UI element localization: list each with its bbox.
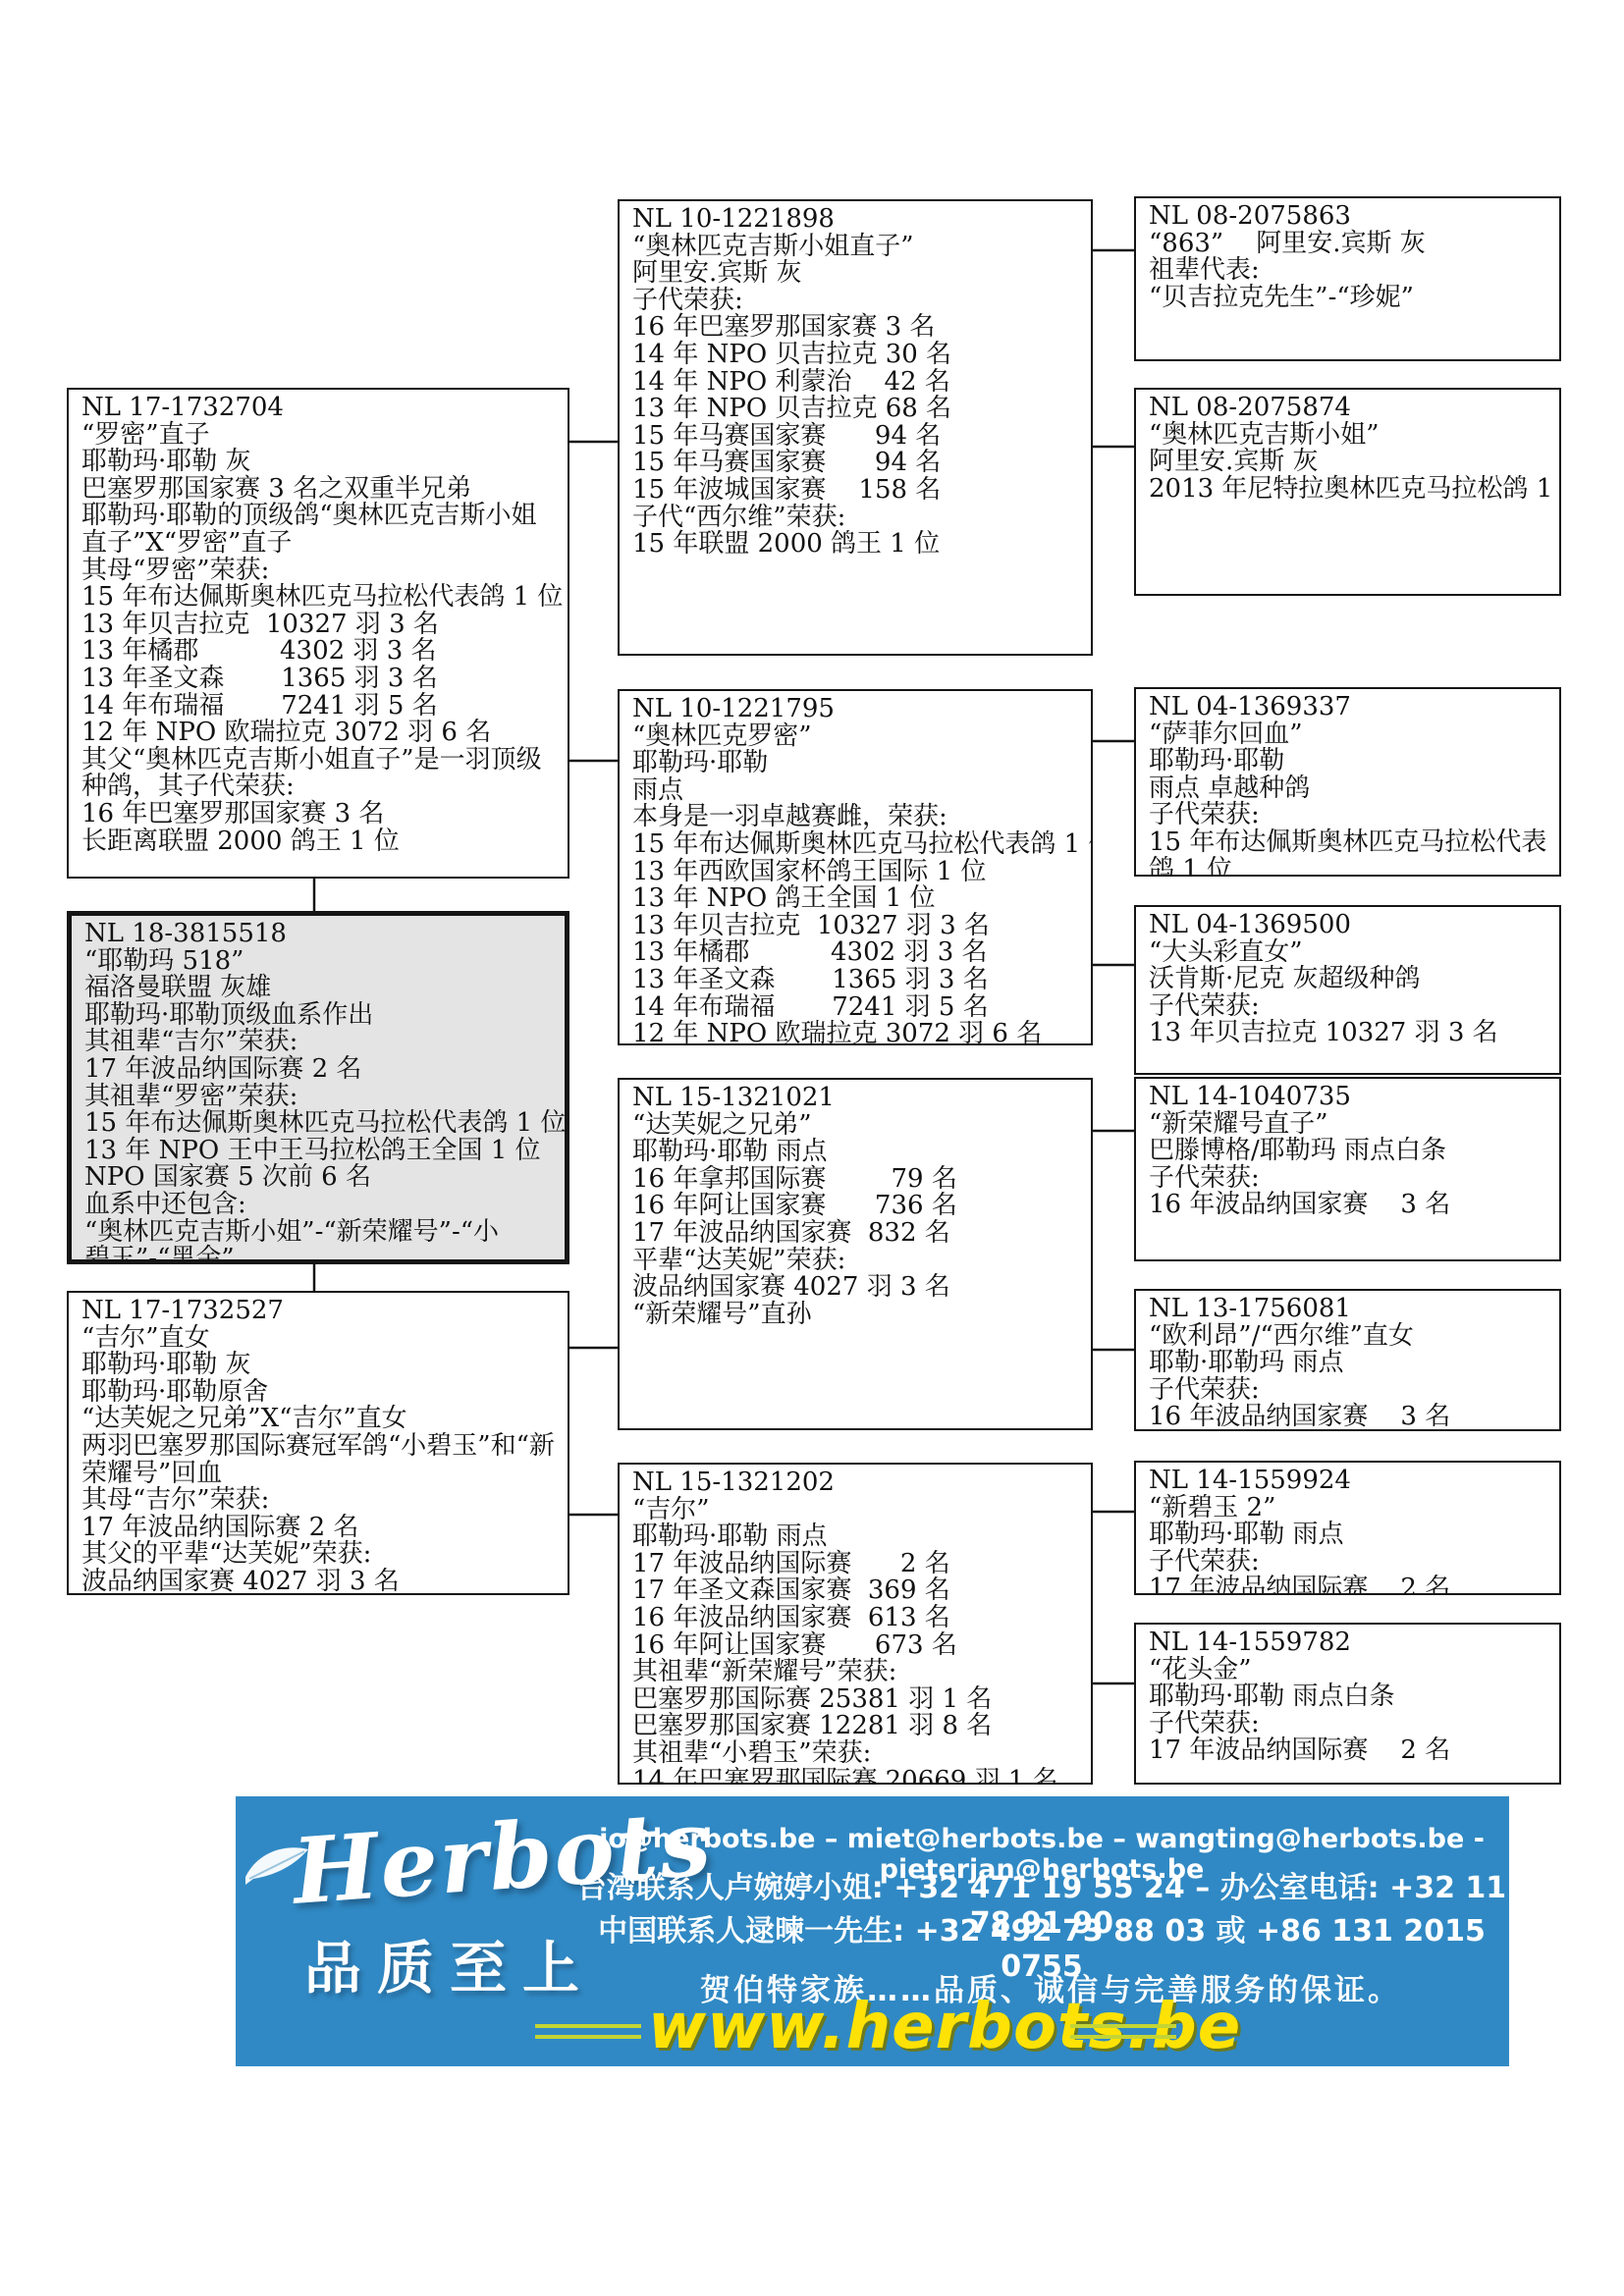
pedigree-text-line: 16 年波品纳国家赛 3 名 [1149,1192,1551,1219]
pedigree-text-line: 耶勒玛·耶勒 雨点白条 [1149,1683,1551,1711]
pedigree-text-line: 其母“罗密”荣获: [81,558,560,585]
pedigree-text-line: 16 年阿让国家赛 673 名 [632,1632,1083,1660]
pedigree-text-line: 12 年 NPO 欧瑞拉克 3072 羽 6 名 [632,1021,1083,1045]
pedigree-text-line: 鸽 1 位 [1149,857,1551,877]
pedigree-text-line: NL 15-1321021 [632,1085,1083,1112]
pedigree-text-line: 17 年波品纳国际赛 2 名 [84,1056,557,1084]
pedigree-text-line: 13 年圣文森 1365 羽 3 名 [632,967,1083,994]
banner-tagline: 品质至上 [283,1922,617,2004]
pedigree-text-line: 耶勒玛·耶勒原舍 [81,1379,560,1407]
pedigree-box-ggp-2: NL 08-2075874“奥林匹克吉斯小姐”阿里安.宾斯 灰2013 年尼特拉… [1134,388,1561,596]
pedigree-text-line: 子代荣获: [1149,1549,1551,1576]
pedigree-text-line: 长距离联盟 2000 鸽王 1 位 [81,828,560,856]
pedigree-text-line: 直子”X“罗密”直子 [81,530,560,558]
pedigree-box-ggp-6: NL 13-1756081“欧利昂”/“西尔维”直女耶勒·耶勒玛 雨点子代荣获:… [1134,1289,1561,1431]
pedigree-text-line: 子代荣获: [1149,1377,1551,1405]
pedigree-box-ggp-5: NL 14-1040735“新荣耀号直子”巴滕博格/耶勒玛 雨点白条子代荣获:1… [1134,1077,1561,1261]
pedigree-text-line: 子代荣获: [1149,993,1551,1021]
pedigree-text-line: NL 04-1369500 [1149,912,1551,939]
pedigree-text-line: 其父“奥林匹克吉斯小姐直子”是一羽顶级 [81,747,560,774]
pedigree-text-line: 16 年巴塞罗那国家赛 3 名 [632,314,1083,342]
pedigree-text-line: 13 年贝吉拉克 10327 羽 3 名 [632,913,1083,940]
pedigree-box-ggp-4: NL 04-1369500“大头彩直女”沃肯斯·尼克 灰超级种鸽子代荣获:13 … [1134,905,1561,1075]
pedigree-text-line: 耶勒玛·耶勒 灰 [81,449,560,476]
pedigree-text-line: 巴滕博格/耶勒玛 雨点白条 [1149,1138,1551,1165]
pedigree-text-line: 15 年联盟 2000 鸽王 1 位 [632,531,1083,559]
pedigree-text-line: NL 17-1732704 [81,395,560,422]
pedigree-text-line: 雨点 [632,777,1083,805]
pedigree-text-line: “新荣耀号”直孙 [632,1302,1083,1329]
pedigree-text-line: 耶勒玛·耶勒 [1149,748,1551,775]
pedigree-text-line: “吉尔” [632,1497,1083,1524]
pedigree-text-line: 17 年波品纳国际赛 2 名 [632,1551,1083,1578]
pedigree-text-line: NL 14-1559924 [1149,1468,1551,1495]
pedigree-text-line: 13 年橘郡 4302 羽 3 名 [632,939,1083,967]
pedigree-text-line: “新荣耀号直子” [1149,1111,1551,1139]
pedigree-page: NL 17-1732704“罗密”直子耶勒玛·耶勒 灰巴塞罗那国家赛 3 名之双… [0,0,1624,2296]
pedigree-text-line: “奥林匹克罗密” [632,723,1083,751]
pedigree-text-line: 种鸽，其子代荣获: [81,774,560,801]
pedigree-text-line: 12 年 NPO 欧瑞拉克 3072 羽 6 名 [81,720,560,747]
pedigree-text-line: 16 年阿让国家赛 736 名 [632,1193,1083,1220]
pedigree-text-line: 13 年 NPO 王中王马拉松鸽王全国 1 位 [84,1138,557,1165]
pedigree-text-line: NL 08-2075863 [1149,203,1551,231]
decor-double-line-left [535,2024,641,2039]
pedigree-text-line: 耶勒玛·耶勒 雨点 [632,1139,1083,1166]
pedigree-text-line: “奥林匹克吉斯小姐”-“新荣耀号”-“小 [84,1219,557,1247]
pedigree-text-line: 13 年西欧国家杯鸽王国际 1 位 [632,859,1083,886]
pedigree-text-line: 其祖辈“小碧玉”荣获: [632,1740,1083,1768]
pedigree-text-line: 耶勒·耶勒玛 雨点 [1149,1350,1551,1377]
pedigree-text-line: 祖辈代表: [1149,257,1551,285]
pedigree-text-line: 波品纳国家赛 4027 羽 3 名 [81,1569,560,1595]
pedigree-box-granddam-paternal: NL 10-1221795“奥林匹克罗密”耶勒玛·耶勒雨点本身是一羽卓越赛雌，荣… [618,689,1093,1045]
pedigree-text-line: 本身是一羽卓越赛雌，荣获: [632,804,1083,831]
pedigree-text-line: 17 年波品纳国际赛 2 名 [1149,1737,1551,1765]
pedigree-text-line: 15 年马赛国家赛 94 名 [632,423,1083,451]
pedigree-text-line: 14 年巴塞罗那国际赛 20669 羽 1 名 [632,1768,1083,1785]
pedigree-text-line: 14 年 NPO 利蒙治 42 名 [632,369,1083,397]
banner-website: www.herbots.be [648,1991,1070,2063]
herbots-banner: Herbots 品质至上 jo@herbots.be – miet@herbot… [236,1796,1509,2066]
pedigree-text-line: 血系中还包含: [84,1192,557,1219]
pedigree-box-ggp-3: NL 04-1369337“萨菲尔回血”耶勒玛·耶勒雨点 卓越种鸽子代荣获:15… [1134,687,1561,877]
pedigree-text-line: 两羽巴塞罗那国际赛冠军鸽“小碧玉”和“新 [81,1433,560,1461]
pedigree-text-line: 耶勒玛·耶勒顶级血系作出 [84,1002,557,1030]
pedigree-text-line: 13 年圣文森 1365 羽 3 名 [81,666,560,693]
pedigree-text-line: 15 年马赛国家赛 94 名 [632,450,1083,477]
pedigree-text-line: “耶勒玛 518” [84,948,557,976]
pedigree-text-line: 13 年贝吉拉克 10327 羽 3 名 [1149,1020,1551,1047]
pedigree-text-line: NL 10-1221795 [632,696,1083,723]
pedigree-text-line: NL 15-1321202 [632,1469,1083,1497]
pedigree-text-line: NL 17-1732527 [81,1298,560,1325]
pedigree-text-line: 耶勒玛·耶勒 灰 [81,1352,560,1379]
pedigree-text-line: 15 年布达佩斯奥林匹克马拉松代表鸽 1 位 [81,584,560,612]
pedigree-text-line: “奥林匹克吉斯小姐直子” [632,234,1083,261]
pedigree-text-line: 其父的平辈“达芙妮”荣获: [81,1541,560,1569]
pedigree-text-line: 其祖辈“罗密”荣获: [84,1084,557,1111]
pedigree-box-grandsire-maternal: NL 15-1321021“达芙妮之兄弟”耶勒玛·耶勒 雨点16 年拿邦国际赛 … [618,1078,1093,1430]
pedigree-text-line: NL 14-1559782 [1149,1629,1551,1657]
pedigree-text-line: 13 年橘郡 4302 羽 3 名 [81,638,560,666]
pedigree-text-line: 荣耀号”回血 [81,1461,560,1488]
pedigree-text-line: 耶勒玛·耶勒 雨点 [1149,1522,1551,1549]
pedigree-text-line: “贝吉拉克先生”-“珍妮” [1149,285,1551,312]
pedigree-box-grandsire-paternal: NL 10-1221898“奥林匹克吉斯小姐直子”阿里安.宾斯 灰子代荣获:16… [618,199,1093,656]
pedigree-box-granddam-maternal: NL 15-1321202“吉尔”耶勒玛·耶勒 雨点17 年波品纳国际赛 2 名… [618,1463,1093,1785]
pedigree-text-line: 福洛曼联盟 灰雄 [84,975,557,1002]
pedigree-text-line: 14 年布瑞福 7241 羽 5 名 [81,693,560,721]
pedigree-text-line: 13 年贝吉拉克 10327 羽 3 名 [81,612,560,639]
pedigree-box-ggp-7: NL 14-1559924“新碧玉 2”耶勒玛·耶勒 雨点子代荣获:17 年波品… [1134,1461,1561,1595]
pedigree-box-father: NL 17-1732704“罗密”直子耶勒玛·耶勒 灰巴塞罗那国家赛 3 名之双… [67,388,569,879]
pedigree-text-line: 2013 年尼特拉奥林匹克马拉松鸽 1 位 [1149,476,1551,504]
pedigree-text-line: 15 年波城国家赛 158 名 [632,477,1083,505]
pedigree-text-line: 耶勒玛·耶勒 [632,750,1083,777]
pedigree-text-line: “新碧玉 2” [1149,1495,1551,1522]
pedigree-text-line: NL 04-1369337 [1149,694,1551,721]
pedigree-text-line: NL 18-3815518 [84,921,557,948]
pedigree-text-line: “奥林匹克吉斯小姐” [1149,422,1551,450]
pedigree-text-line: 波品纳国家赛 4027 羽 3 名 [632,1274,1083,1302]
pedigree-text-line: “萨菲尔回血” [1149,721,1551,749]
pedigree-text-line: 碧玉”-“黑金” [84,1246,557,1264]
pedigree-text-line: 16 年波品纳国家赛 3 名 [1149,1404,1551,1431]
pedigree-text-line: 17 年圣文森国家赛 369 名 [632,1577,1083,1605]
pedigree-text-line: NL 13-1756081 [1149,1296,1551,1323]
pedigree-text-line: “欧利昂”/“西尔维”直女 [1149,1323,1551,1351]
pedigree-text-line: 阿里安.宾斯 灰 [632,260,1083,288]
pedigree-text-line: “花头金” [1149,1657,1551,1684]
pedigree-text-line: 13 年 NPO 鸽王全国 1 位 [632,885,1083,913]
pedigree-text-line: 耶勒玛·耶勒 雨点 [632,1523,1083,1551]
pedigree-text-line: 巴塞罗那国际赛 25381 羽 1 名 [632,1686,1083,1714]
pedigree-text-line: 耶勒玛·耶勒的顶级鸽“奥林匹克吉斯小姐 [81,503,560,530]
pedigree-text-line: 15 年布达佩斯奥林匹克马拉松代表鸽 1 位 [632,831,1083,859]
pedigree-text-line: 子代荣获: [1149,1165,1551,1193]
pedigree-text-line: “大头彩直女” [1149,939,1551,967]
pedigree-text-line: 17 年波品纳国际赛 2 名 [1149,1575,1551,1595]
pedigree-text-line: 17 年波品纳国际赛 2 名 [81,1515,560,1542]
pedigree-text-line: 17 年波品纳国家赛 832 名 [632,1220,1083,1248]
pedigree-box-ggp-1: NL 08-2075863“863” 阿里安.宾斯 灰祖辈代表:“贝吉拉克先生”… [1134,196,1561,361]
pedigree-text-line: 子代荣获: [632,288,1083,315]
pedigree-text-line: 平辈“达芙妮”荣获: [632,1248,1083,1275]
pedigree-text-line: 14 年 NPO 贝吉拉克 30 名 [632,342,1083,369]
pedigree-text-line: 16 年巴塞罗那国家赛 3 名 [81,801,560,828]
pedigree-text-line: 沃肯斯·尼克 灰超级种鸽 [1149,966,1551,993]
pedigree-text-line: 子代荣获: [1149,1711,1551,1738]
pedigree-text-line: 巴塞罗那国家赛 3 名之双重半兄弟 [81,476,560,504]
pedigree-text-line: 15 年布达佩斯奥林匹克马拉松代表 [1149,829,1551,857]
pedigree-text-line: 13 年 NPO 贝吉拉克 68 名 [632,396,1083,423]
pedigree-text-line: 其祖辈“吉尔”荣获: [84,1029,557,1056]
pedigree-text-line: NL 14-1040735 [1149,1084,1551,1111]
pedigree-text-line: 子代“西尔维”荣获: [632,505,1083,532]
pedigree-box-subject: NL 18-3815518“耶勒玛 518”福洛曼联盟 灰雄耶勒玛·耶勒顶级血系… [67,911,569,1264]
pedigree-box-mother: NL 17-1732527“吉尔”直女耶勒玛·耶勒 灰耶勒玛·耶勒原舍“达芙妮之… [67,1291,569,1595]
pedigree-text-line: “吉尔”直女 [81,1325,560,1353]
pedigree-text-line: NL 08-2075874 [1149,395,1551,422]
pedigree-text-line: 其祖辈“新荣耀号”荣获: [632,1659,1083,1686]
pedigree-text-line: 16 年波品纳国家赛 613 名 [632,1605,1083,1632]
pedigree-text-line: 14 年布瑞福 7241 羽 5 名 [632,994,1083,1022]
pedigree-text-line: “863” 阿里安.宾斯 灰 [1149,231,1551,258]
pedigree-text-line: NPO 国家赛 5 次前 6 名 [84,1164,557,1192]
pedigree-text-line: NL 10-1221898 [632,206,1083,234]
pedigree-text-line: “达芙妮之兄弟”X“吉尔”直女 [81,1406,560,1433]
pedigree-text-line: 阿里安.宾斯 灰 [1149,449,1551,476]
pedigree-text-line: 子代荣获: [1149,802,1551,829]
decor-double-line-right [1070,2024,1176,2039]
pedigree-text-line: 巴塞罗那国家赛 12281 羽 8 名 [632,1713,1083,1740]
pedigree-text-line: 雨点 卓越种鸽 [1149,775,1551,803]
pedigree-box-ggp-8: NL 14-1559782“花头金”耶勒玛·耶勒 雨点白条子代荣获:17 年波品… [1134,1623,1561,1785]
pedigree-text-line: “达芙妮之兄弟” [632,1112,1083,1140]
pedigree-text-line: “罗密”直子 [81,422,560,450]
pedigree-text-line: 其母“吉尔”荣获: [81,1487,560,1515]
pedigree-text-line: 15 年布达佩斯奥林匹克马拉松代表鸽 1 位 [84,1110,557,1138]
pedigree-text-line: 16 年拿邦国际赛 79 名 [632,1166,1083,1194]
